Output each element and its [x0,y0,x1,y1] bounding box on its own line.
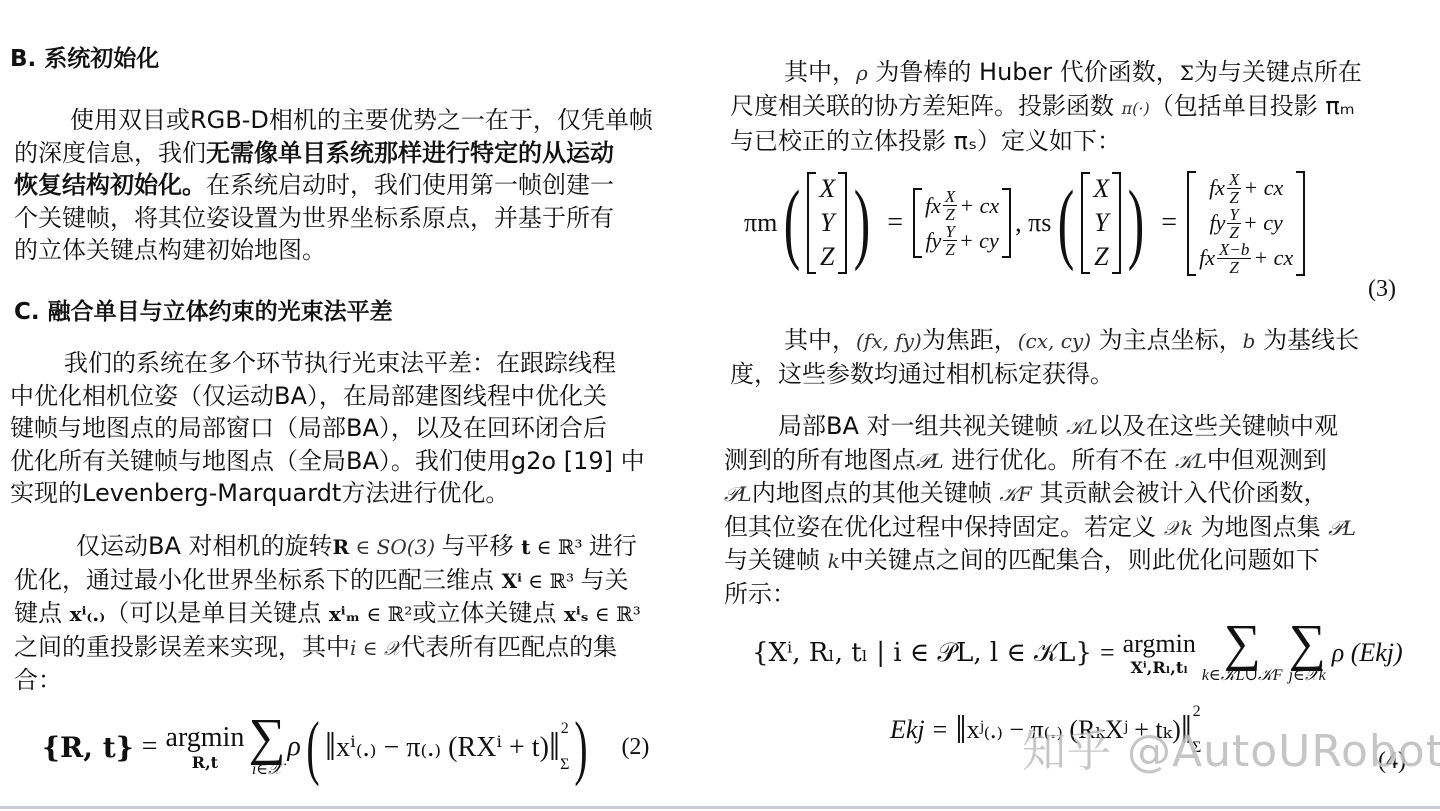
zhihu-watermark: 知乎 @AutoURobot [1022,715,1440,779]
equation-2-number: (2) [621,734,649,761]
vector-xyz: X Y Z [807,172,847,274]
local-ba-paragraph: 局部BA 对一组共视关键帧 𝒦L以及在这些关键帧中观 测到的所有地图点𝒫L 进行… [724,410,1356,610]
mono-projection-matrix: fxXZ+ cx fyYZ+ cy [913,188,1011,258]
camera-params-paragraph: 其中，(fx, fy)为焦距，(cx, cy) 为主点坐标，b 为基线长 度，这… [730,324,1359,390]
bottom-divider [0,806,1440,809]
stereo-projection-matrix: fxXZ+ cx fyYZ+ cy fxX−bZ+ cx [1187,171,1305,276]
equation-3: πm ( X Y Z ) = fxXZ+ cx fyYZ+ cy , πs ( … [744,168,1305,278]
equation-3-number: (3) [1368,276,1396,303]
section-c-paragraph-1: 我们的系统在多个环节执行光束法平差：在跟踪线程 中优化相机位姿（仅运动BA），在… [10,347,645,510]
section-c-paragraph-2: 仅运动BA 对相机的旋转R ∈ SO(3) 与平移 t ∈ ℝ³ 进行 优化，通… [14,530,641,697]
section-c-heading: C. 融合单目与立体约束的光束法平差 [14,297,393,327]
slide-page: B. 系统初始化 使用双目或RGB-D相机的主要优势之一在于，仅凭单帧 的深度信… [0,0,1440,811]
equation-2: {R, t} = argminR,t ∑i∈𝒳 ρ ( ‖ xⁱ₍.₎ − π₍… [42,712,649,782]
section-b-paragraph: 使用双目或RGB-D相机的主要优势之一在于，仅凭单帧 的深度信息，我们无需像单目… [14,104,653,267]
section-b-heading: B. 系统初始化 [10,44,159,74]
huber-paragraph: 其中，ρ 为鲁棒的 Huber 代价函数，Σ为与关键点所在 尺度相关联的协方差矩… [730,56,1362,158]
vector-xyz-2: X Y Z [1081,172,1121,274]
equation-4-line-1: {Xⁱ, Rₗ, tₗ | i ∈ 𝒫L, l ∈ 𝒦L} = argminXⁱ… [752,618,1403,688]
